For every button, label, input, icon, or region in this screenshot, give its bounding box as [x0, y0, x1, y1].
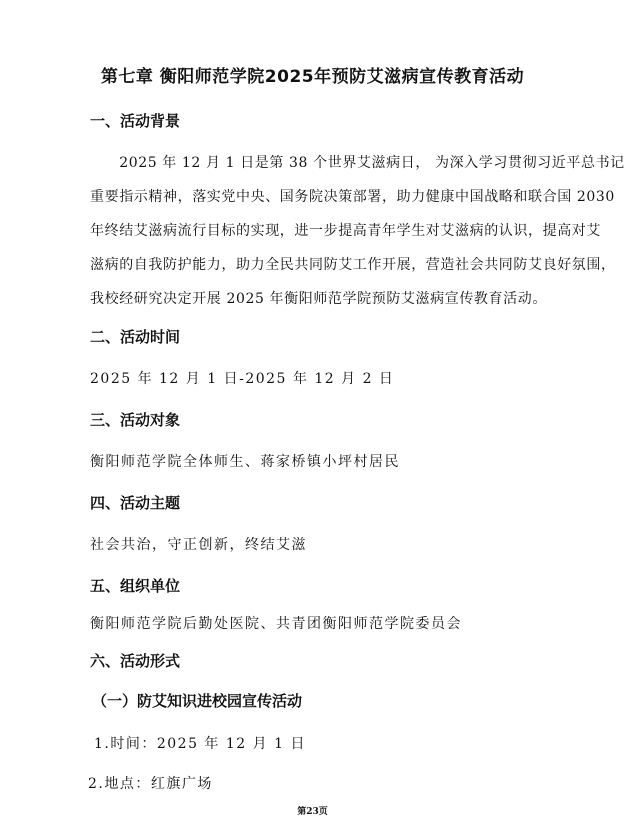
subsection-heading-campus: （一）防艾知识进校园宣传活动 — [92, 690, 302, 711]
organizer-text: 衡阳师范学院后勤处医院、共青团衡阳师范学院委员会 — [90, 613, 462, 633]
subsection-item-location: 2.地点：红旗广场 — [88, 773, 213, 793]
section-heading-background: 一、活动背景 — [90, 110, 180, 131]
paragraph-line: 我校经研究决定开展 2025 年衡阳师范学院预防艾滋病宣传教育活动。 — [90, 282, 540, 316]
paragraph-line: 滋病的自我防护能力，助力全民共同防艾工作开展，营造社会共同防艾良好氛围， — [90, 248, 540, 282]
activity-theme-text: 社会共治，守正创新，终结艾滋 — [90, 534, 307, 554]
background-paragraph: 2025 年 12 月 1 日是第 38 个世界艾滋病日， 为深入学习贯彻习近平… — [90, 146, 540, 316]
paragraph-line: 年终结艾滋病流行目标的实现，进一步提高青年学生对艾滋病的认识，提高对艾 — [90, 214, 540, 248]
paragraph-line: 2025 年 12 月 1 日是第 38 个世界艾滋病日， 为深入学习贯彻习近平… — [90, 146, 540, 180]
page-number: 第23页 — [0, 804, 625, 817]
section-heading-time: 二、活动时间 — [90, 326, 180, 347]
section-heading-theme: 四、活动主题 — [90, 492, 180, 513]
document-page: 第七章 衡阳师范学院2025年预防艾滋病宣传教育活动 一、活动背景 2025 年… — [0, 0, 625, 820]
activity-time-text: 2025 年 12 月 1 日-2025 年 12 月 2 日 — [90, 368, 394, 388]
section-heading-organizer: 五、组织单位 — [90, 575, 180, 596]
section-heading-format: 六、活动形式 — [90, 650, 180, 671]
subsection-item-time: 1.时间：2025 年 12 月 1 日 — [94, 733, 306, 753]
section-heading-target: 三、活动对象 — [90, 409, 180, 430]
activity-target-text: 衡阳师范学院全体师生、蒋家桥镇小坪村居民 — [90, 451, 400, 471]
chapter-title: 第七章 衡阳师范学院2025年预防艾滋病宣传教育活动 — [0, 62, 625, 87]
paragraph-line: 重要指示精神，落实党中央、国务院决策部署，助力健康中国战略和联合国 2030 — [90, 180, 540, 214]
